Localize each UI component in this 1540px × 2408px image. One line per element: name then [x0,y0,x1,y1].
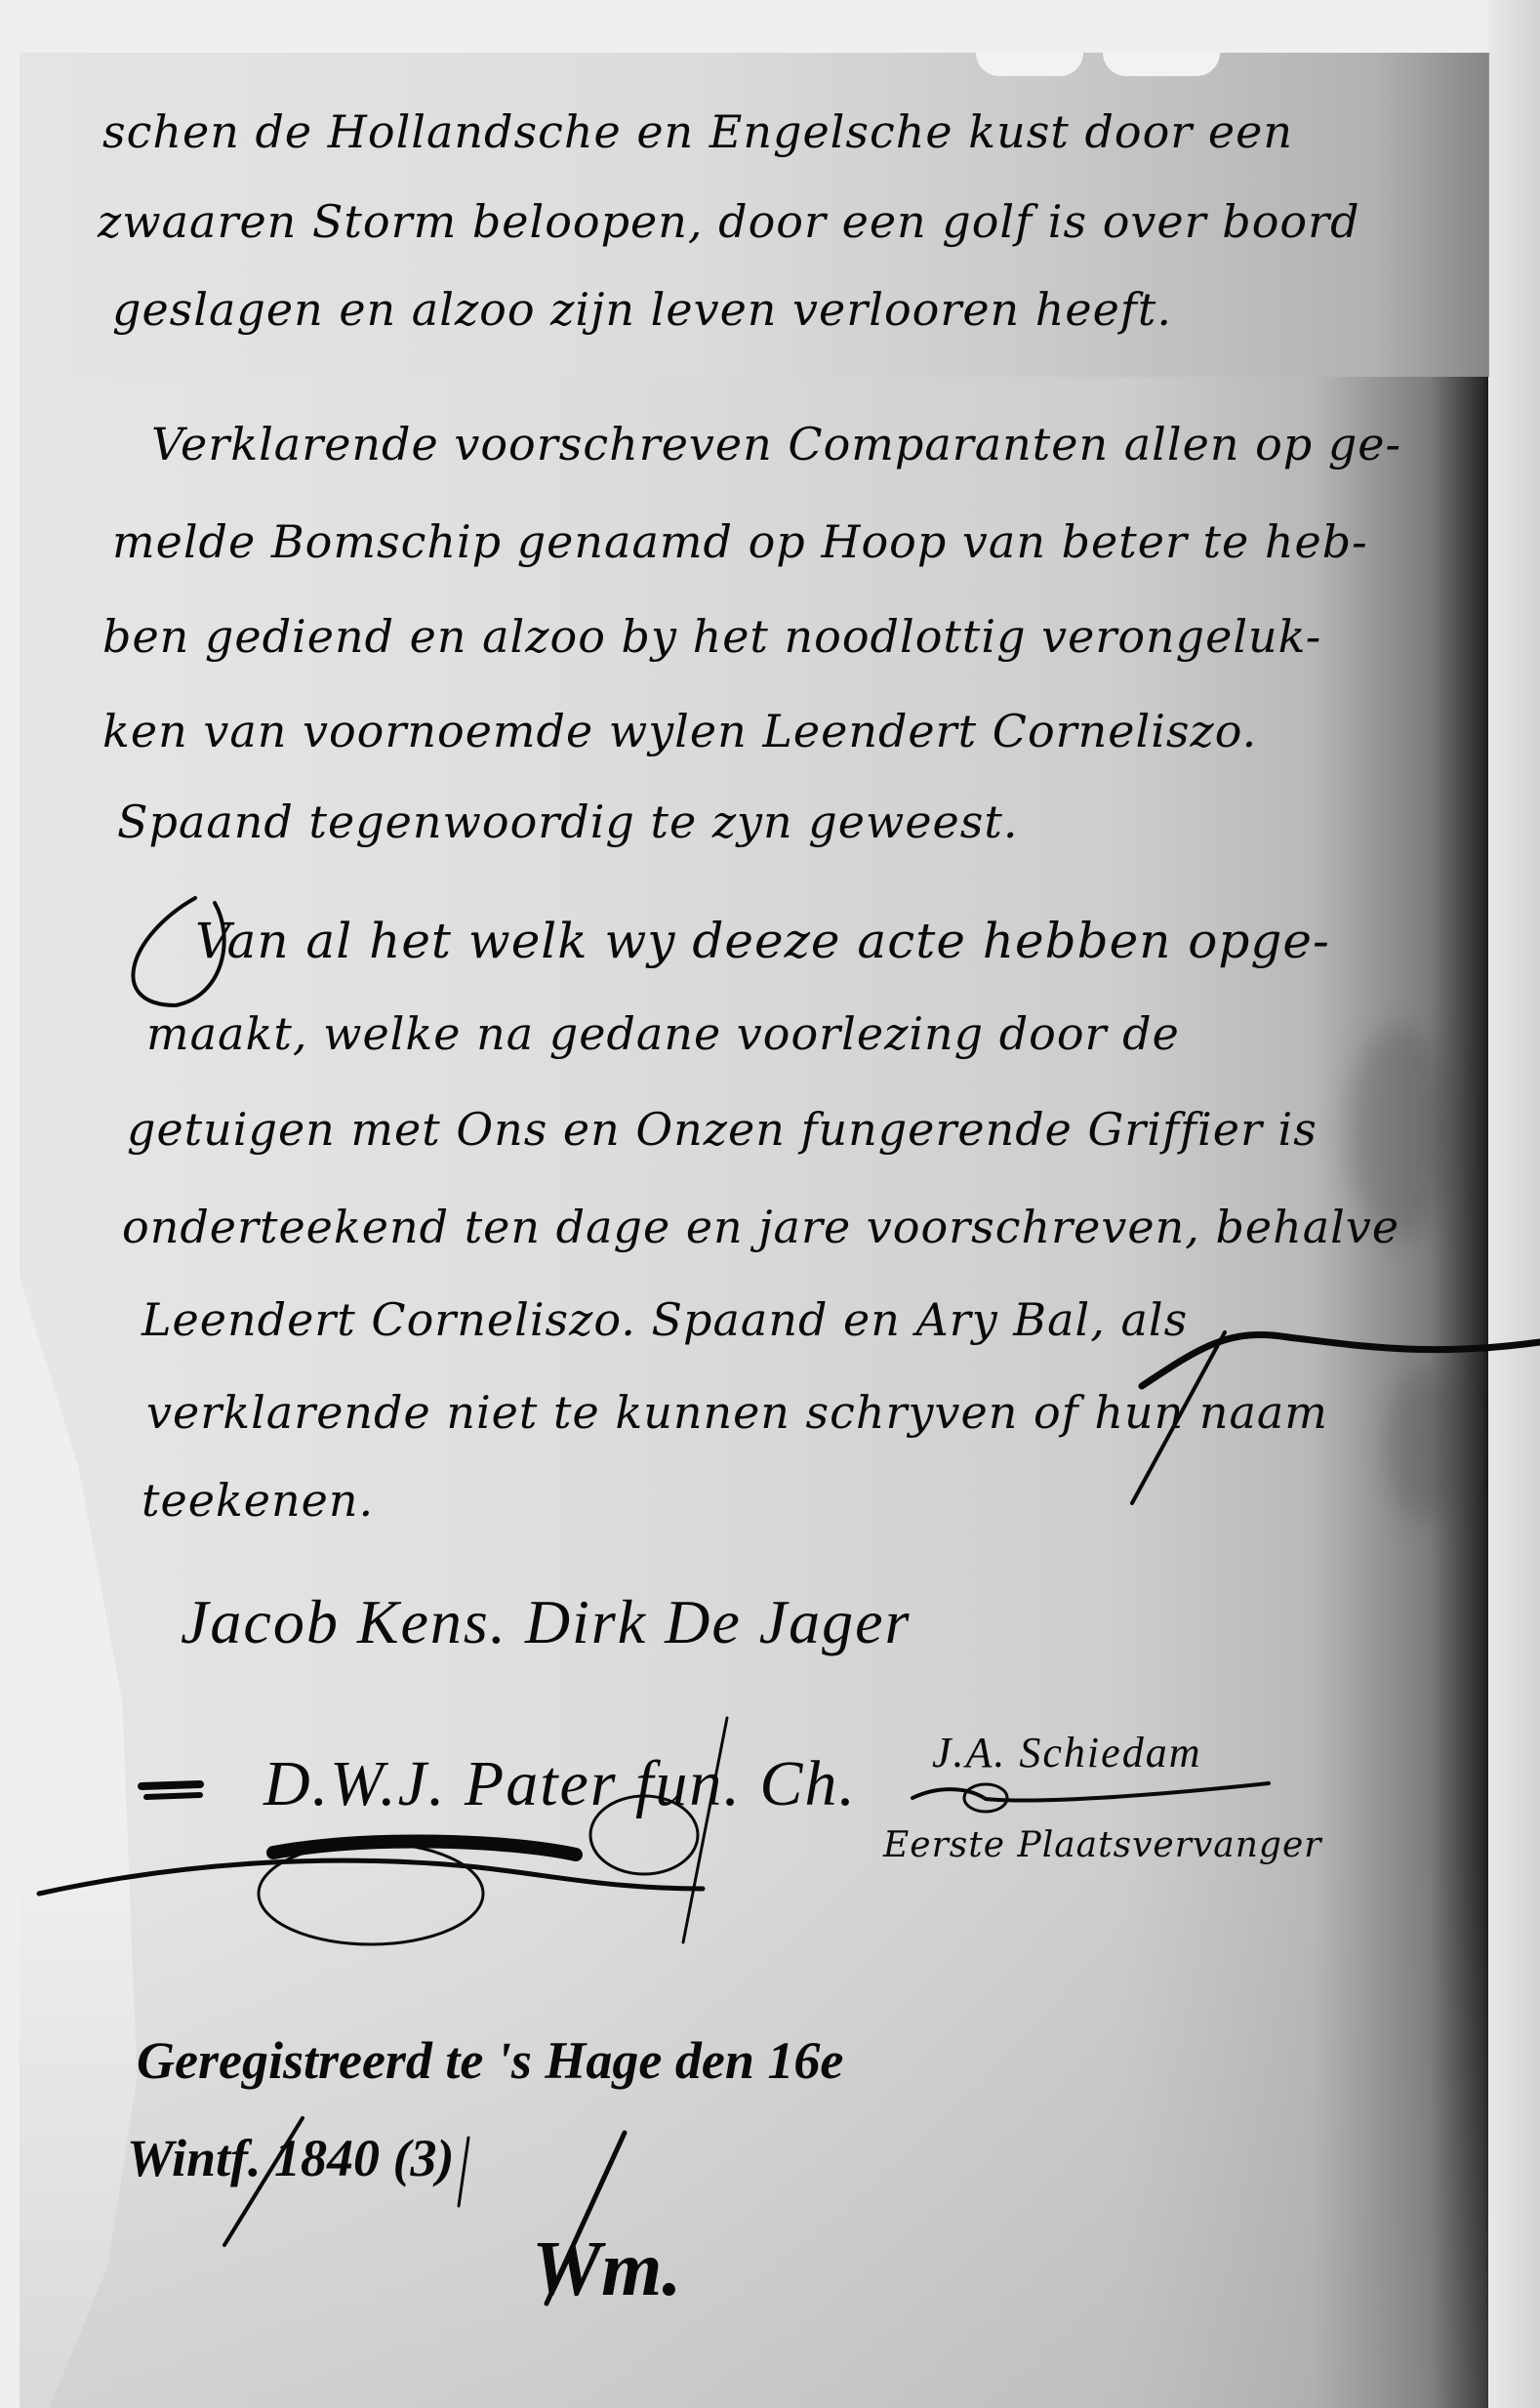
paragraph2-line-6: verklarende niet te kunnen schryven of h… [146,1386,1328,1439]
paragraph2-line-2: maakt, welke na gedane voorlezing door d… [146,1007,1180,1060]
band-line-1: schen de Hollandsche en Engelsche kust d… [102,105,1293,158]
witness-signatures: Jacob Kens. Dirk De Jager [181,1586,911,1658]
band-line-3: geslagen en alzoo zijn leven verlooren h… [112,283,1172,336]
paragraph1-line-2: melde Bomschip genaamd op Hoop van beter… [112,515,1368,568]
paragraph1-line-3: ben gediend en alzoo by het noodlottig v… [102,610,1321,663]
ink-stain [1386,1367,1464,1523]
judge-signature: D.W.J. Pater fun. Ch. [263,1747,857,1821]
paragraph2-line-4: onderteekend ten dage en jare voorschrev… [122,1201,1399,1253]
paragraph1-line-4: ken van voornoemde wylen Leendert Cornel… [102,705,1257,757]
registration-line-2: Wintf. 1840 (3) [127,2128,455,2188]
paragraph2-line-5: Leendert Corneliszo. Spaand en Ary Bal, … [142,1293,1188,1346]
paragraph2-line-3: getuigen met Ons en Onzen fungerende Gri… [127,1103,1317,1156]
scan-right-strip [1488,0,1540,2408]
paragraph2-line-7: teekenen. [142,1474,374,1527]
band-notch [976,53,1083,76]
clerk-title: Eerste Plaatsvervanger [883,1825,1321,1865]
band-notch [1103,53,1220,76]
clerk-signature: J.A. Schiedam [932,1728,1201,1777]
registration-line-1: Geregistreerd te 's Hage den 16e [137,2030,843,2091]
registration-initials: Wm. [532,2225,681,2314]
paragraph1-line-1: Verklarende voorschreven Comparanten all… [151,418,1401,470]
paragraph2-line-1: Van al het welk wy deeze acte hebben opg… [195,913,1330,969]
band-line-2: zwaaren Storm beloopen, door een golf is… [98,195,1360,248]
paragraph1-line-5: Spaand tegenwoordig te zyn geweest. [117,796,1019,848]
